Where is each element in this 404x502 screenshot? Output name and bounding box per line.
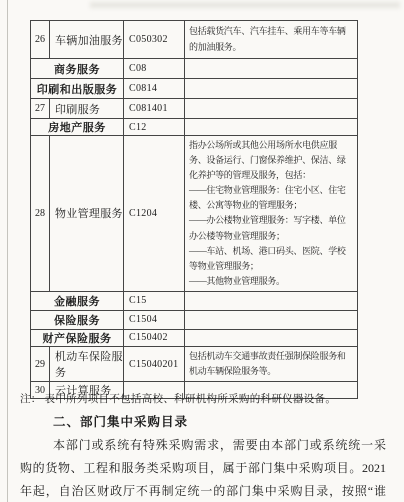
description-cell [185,59,358,79]
code-cell: C15040201 [124,346,185,381]
category-name-cell: 金融服务 [31,291,124,310]
code-cell: C081401 [124,99,185,119]
service-name-cell: 车辆加油服务 [50,21,124,59]
table-row: 28 物业管理服务 C1204 指办公场所或其他公用场所水电供应服务、设备运行、… [31,136,358,292]
code-cell: C1504 [124,310,185,329]
description-cell [185,310,358,329]
code-cell: C15 [124,291,185,310]
procurement-catalog-table: 26 车辆加油服务 C050302 包括载货汽车、汽车挂车、乘用车等车辆的加油服… [30,20,358,399]
category-name-cell: 财产保险服务 [31,329,124,346]
table-row: 29 机动车保险服务 C15040201 包括机动车交通事故责任强制保险服务和机… [31,346,358,381]
code-cell: C08 [124,59,185,79]
table-row: 印刷和出版服务 C0814 [31,79,358,99]
code-cell: C050302 [124,21,185,59]
category-name-cell: 房地产服务 [31,119,124,136]
table-row: 金融服务 C15 [31,291,358,310]
body-paragraph: 本部门或系统有特殊采购需求，需要由本部门或系统统一采 购的货物、工程和服务类采购… [20,434,386,502]
description-cell [185,99,358,119]
description-cell: 包括载货汽车、汽车挂车、乘用车等车辆的加油服务。 [185,21,358,59]
paragraph-line: 年起，自治区财政厅不再制定统一的部门集中采购目录，按照“谁 [20,480,386,502]
description-cell [185,329,358,346]
service-name-cell: 机动车保险服务 [50,346,124,381]
table-row: 财产保险服务 C150402 [31,329,358,346]
page-scan-edge-line [7,0,8,502]
category-name-cell: 商务服务 [31,59,124,79]
description-cell [185,291,358,310]
code-cell: C1204 [124,136,185,292]
code-cell: C0814 [124,79,185,99]
row-number-cell: 28 [31,136,50,292]
section-heading: 二、部门集中采购目录 [53,412,188,430]
table-row: 保险服务 C1504 [31,310,358,329]
description-cell: 指办公场所或其他公用场所水电供应服务、设备运行、门窗保养维护、保洁、绿化养护等的… [185,136,358,292]
code-cell: C12 [124,119,185,136]
paragraph-line: 购的货物、工程和服务类采购项目，属于部门集中采购项目。2021 [20,457,386,480]
scan-smudge [90,2,400,8]
description-cell [185,119,358,136]
table-row: 26 车辆加油服务 C050302 包括载货汽车、汽车挂车、乘用车等车辆的加油服… [31,21,358,59]
description-cell [185,79,358,99]
paragraph-line: 本部门或系统有特殊采购需求，需要由本部门或系统统一采 [53,434,386,457]
code-cell: C150402 [124,329,185,346]
row-number-cell: 29 [31,346,50,381]
category-name-cell: 保险服务 [31,310,124,329]
table-row: 27 印刷服务 C081401 [31,99,358,119]
table-row: 房地产服务 C12 [31,119,358,136]
description-cell: 包括机动车交通事故责任强制保险服务和机动车辆保险服务等。 [185,346,358,381]
service-name-cell: 物业管理服务 [50,136,124,292]
scanned-document-page: 26 车辆加油服务 C050302 包括载货汽车、汽车挂车、乘用车等车辆的加油服… [0,0,404,502]
row-number-cell: 26 [31,21,50,59]
table-row: 商务服务 C08 [31,59,358,79]
row-number-cell: 27 [31,99,50,119]
category-name-cell: 印刷和出版服务 [31,79,124,99]
table-note-text: 注： 表中所列项目不包括高校、科研机构所采购的科研仪器设备。 [20,391,390,406]
service-name-cell: 印刷服务 [50,99,124,119]
